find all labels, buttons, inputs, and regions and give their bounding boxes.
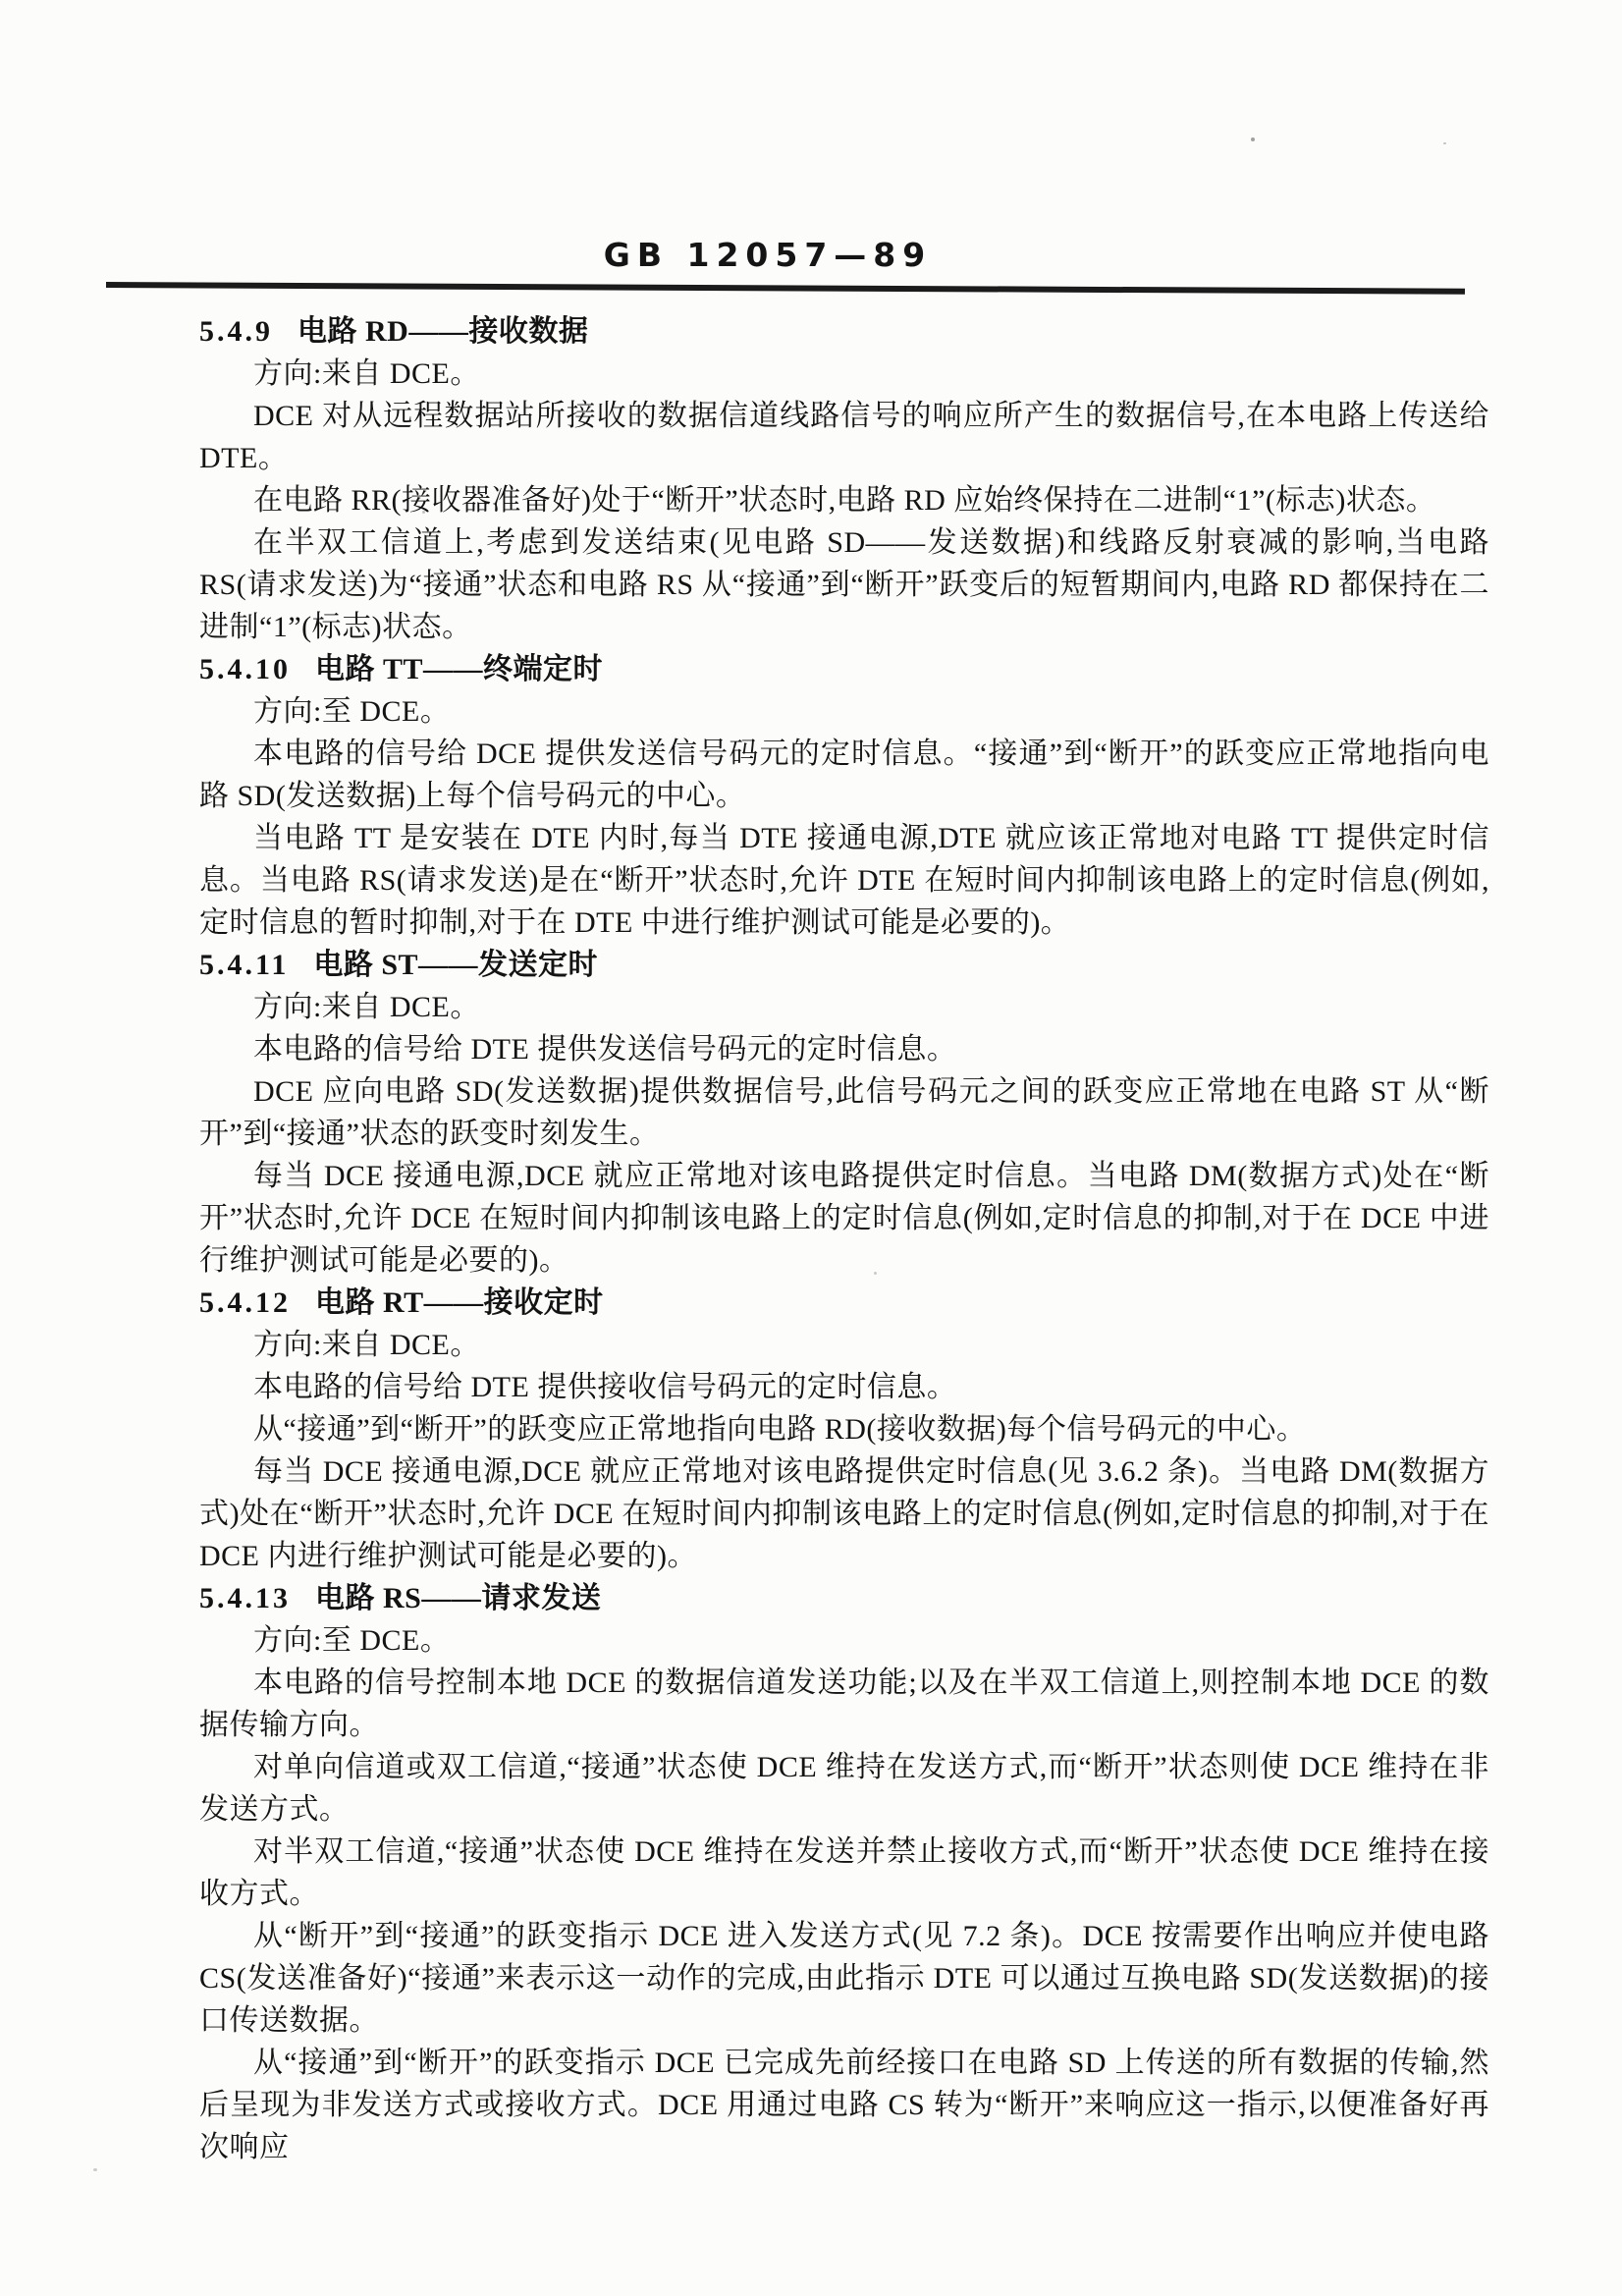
scan-speck — [1443, 142, 1446, 144]
section-number: 5.4.13 — [199, 1582, 291, 1614]
section-number: 5.4.10 — [199, 653, 291, 685]
paragraph: 在电路 RR(接收器准备好)处于“断开”状态时,电路 RD 应始终保持在二进制“… — [199, 479, 1489, 521]
paragraph: 本电路的信号给 DTE 提供接收信号码元的定时信息。 — [199, 1366, 1489, 1408]
paragraph: 当电路 TT 是安装在 DTE 内时,每当 DTE 接通电源,DTE 就应该正常… — [199, 817, 1489, 944]
section-heading: 5.4.12电路 RT——接收定时 — [199, 1282, 1489, 1324]
section-heading: 5.4.13电路 RS——请求发送 — [199, 1577, 1489, 1619]
scan-speck — [874, 1272, 877, 1275]
section-number: 5.4.9 — [199, 315, 273, 348]
paragraph: 方向:来自 DCE。 — [199, 1324, 1489, 1366]
section-title: 电路 TT——终端定时 — [315, 653, 603, 685]
document-page: GB 12057—89 5.4.9电路 RD——接收数据方向:来自 DCE。DC… — [0, 0, 1622, 2296]
paragraph: 从“断开”到“接通”的跃变指示 DCE 进入发送方式(见 7.2 条)。DCE … — [199, 1915, 1489, 2042]
paragraph: 方向:来自 DCE。 — [199, 353, 1489, 395]
paragraph: 方向:来自 DCE。 — [199, 986, 1489, 1028]
paragraph: 方向:至 DCE。 — [199, 690, 1489, 733]
section-title: 电路 RS——请求发送 — [315, 1582, 601, 1614]
section-title: 电路 ST——发送定时 — [313, 949, 598, 981]
paragraph: 本电路的信号给 DTE 提供发送信号码元的定时信息。 — [199, 1028, 1489, 1070]
paragraph: 在半双工信道上,考虑到发送结束(见电路 SD——发送数据)和线路反射衰减的影响,… — [199, 521, 1489, 648]
header-rule — [106, 282, 1465, 295]
paragraph: DCE 应向电路 SD(发送数据)提供数据信号,此信号码元之间的跃变应正常地在电… — [199, 1070, 1489, 1155]
section-number: 5.4.11 — [199, 949, 289, 981]
paragraph: 本电路的信号控制本地 DCE 的数据信道发送功能;以及在半双工信道上,则控制本地… — [199, 1662, 1489, 1746]
scan-speck — [422, 511, 425, 514]
paragraph: 从“接通”到“断开”的跃变指示 DCE 已完成先前经接口在电路 SD 上传送的所… — [199, 2042, 1489, 2168]
paragraph: 对单向信道或双工信道,“接通”状态使 DCE 维持在发送方式,而“断开”状态则使… — [199, 1746, 1489, 1831]
document-body: 5.4.9电路 RD——接收数据方向:来自 DCE。DCE 对从远程数据站所接收… — [199, 310, 1489, 2168]
paragraph: 从“接通”到“断开”的跃变应正常地指向电路 RD(接收数据)每个信号码元的中心。 — [199, 1408, 1489, 1450]
section-number: 5.4.12 — [199, 1286, 291, 1319]
paragraph: 本电路的信号给 DCE 提供发送信号码元的定时信息。“接通”到“断开”的跃变应正… — [199, 733, 1489, 817]
section-heading: 5.4.11电路 ST——发送定时 — [199, 944, 1489, 986]
paragraph: 对半双工信道,“接通”状态使 DCE 维持在发送并禁止接收方式,而“断开”状态使… — [199, 1831, 1489, 1915]
section-title: 电路 RD——接收数据 — [297, 315, 588, 348]
scan-speck — [93, 2168, 97, 2171]
paragraph: DCE 对从远程数据站所接收的数据信道线路信号的响应所产生的数据信号,在本电路上… — [199, 395, 1489, 479]
paragraph: 每当 DCE 接通电源,DCE 就应正常地对该电路提供定时信息(见 3.6.2 … — [199, 1450, 1489, 1577]
scan-speck — [1251, 137, 1255, 141]
section-heading: 5.4.9电路 RD——接收数据 — [199, 310, 1489, 353]
section-title: 电路 RT——接收定时 — [315, 1286, 604, 1319]
section-heading: 5.4.10电路 TT——终端定时 — [199, 648, 1489, 690]
standard-code-header: GB 12057—89 — [0, 236, 1536, 274]
paragraph: 方向:至 DCE。 — [199, 1619, 1489, 1662]
paragraph: 每当 DCE 接通电源,DCE 就应正常地对该电路提供定时信息。当电路 DM(数… — [199, 1155, 1489, 1282]
